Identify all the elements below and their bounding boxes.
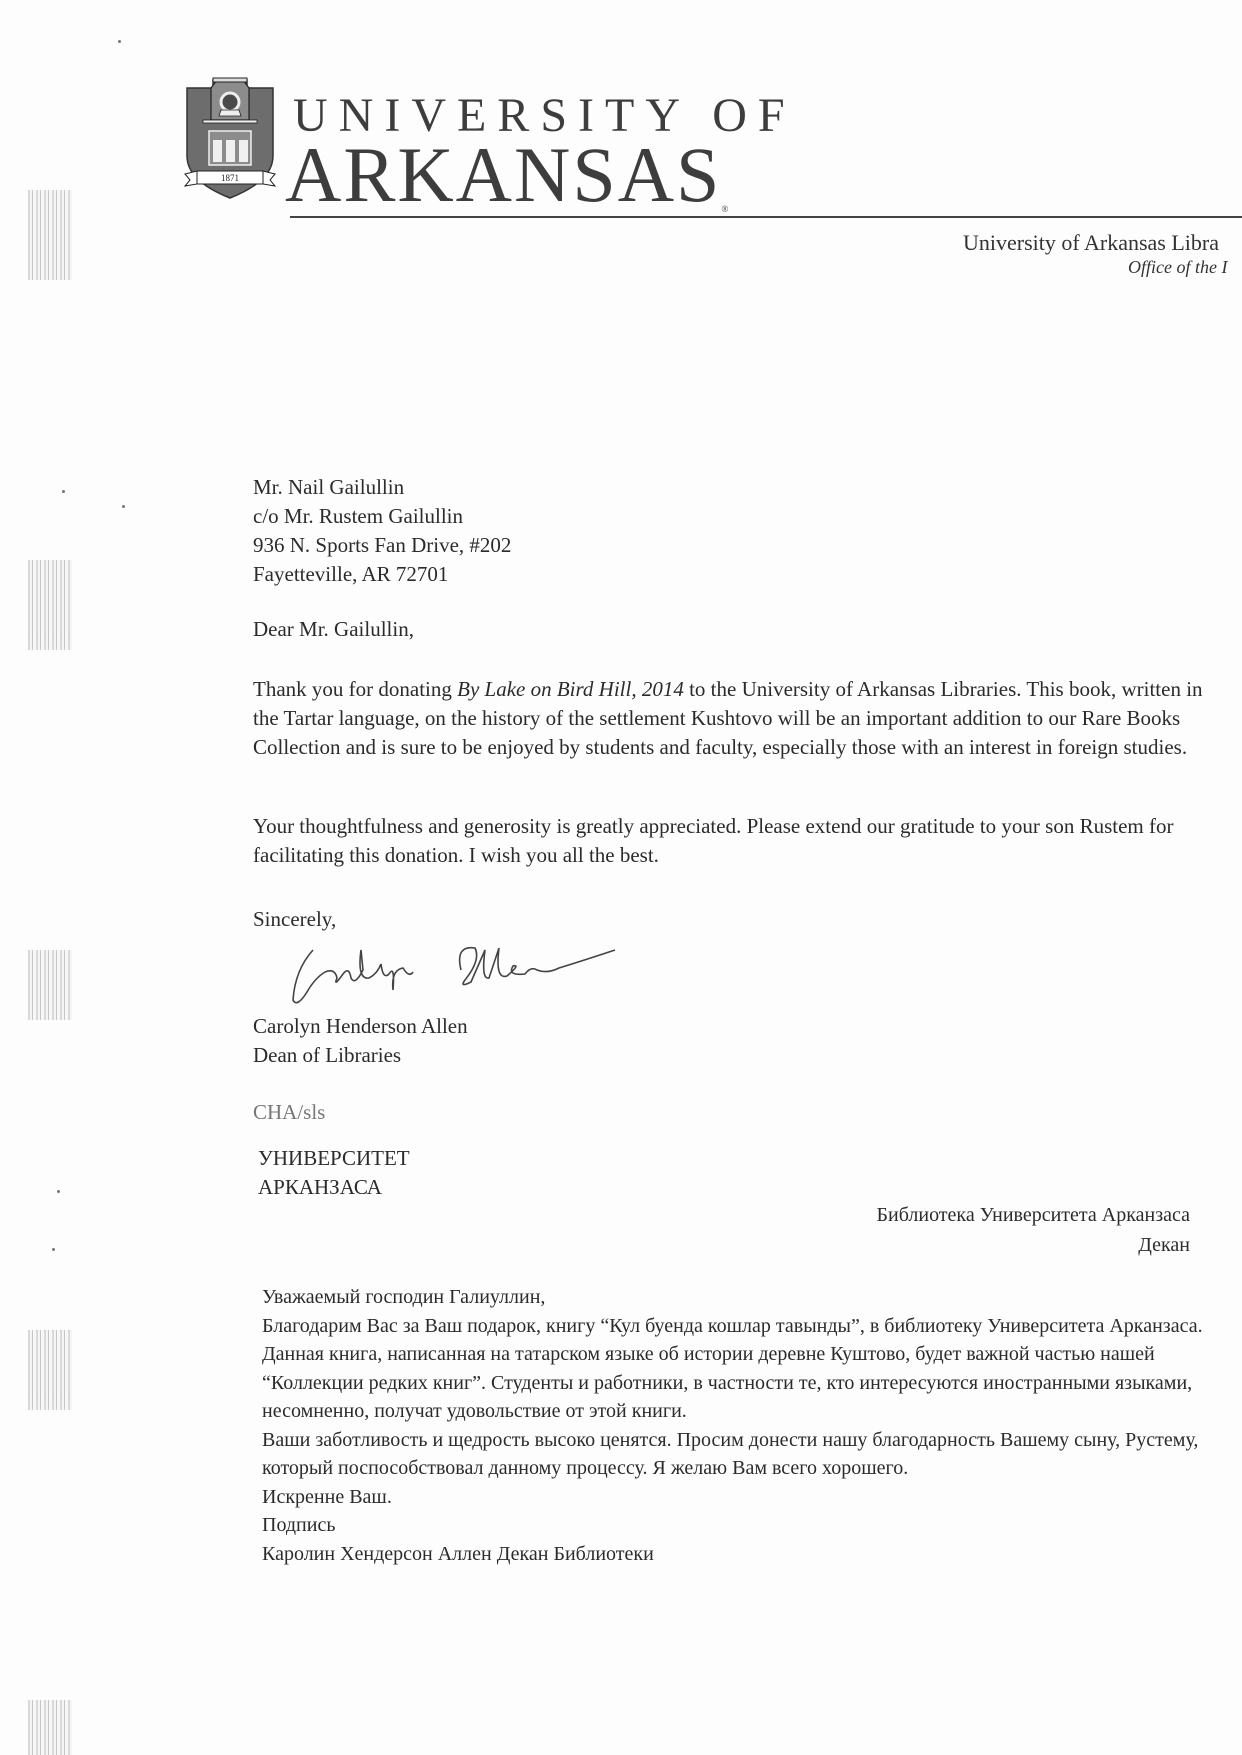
- letterhead-divider: [290, 216, 1242, 218]
- letterhead-arkansas-text: ARKANSAS: [285, 131, 721, 218]
- recipient-line: c/o Mr. Rustem Gailullin: [253, 502, 511, 531]
- scan-artifact: [28, 950, 72, 1020]
- recipient-address: Mr. Nail Gailullin c/o Mr. Rustem Gailul…: [253, 473, 511, 589]
- signer-title: Dean of Libraries: [253, 1041, 468, 1070]
- recipient-line: 936 N. Sports Fan Drive, #202: [253, 531, 511, 560]
- scan-artifact: [28, 190, 72, 280]
- recipient-line: Mr. Nail Gailullin: [253, 473, 511, 502]
- letterhead-arkansas: ARKANSAS®: [285, 136, 728, 214]
- scan-speck: [52, 1248, 55, 1251]
- translation-header: УНИВЕРСИТЕТ АРКАНЗАСА: [258, 1144, 410, 1202]
- body-paragraph-1: Thank you for donating By Lake on Bird H…: [253, 675, 1203, 762]
- translation-salutation: Уважаемый господин Галиуллин,: [262, 1283, 1227, 1312]
- signer-name: Carolyn Henderson Allen: [253, 1012, 468, 1041]
- translation-paragraph-2: Ваши заботливость и щедрость высоко ценя…: [262, 1426, 1227, 1483]
- translation-paragraph-1: Благодарим Вас за Ваш подарок, книгу “Ку…: [262, 1312, 1227, 1426]
- body-paragraph-2: Your thoughtfulness and generosity is gr…: [253, 812, 1203, 870]
- scan-artifact: [28, 1700, 72, 1755]
- translation-office: Библиотека Университета Арканзаса Декан: [877, 1200, 1190, 1260]
- scan-speck: [118, 40, 121, 43]
- translation-body: Уважаемый господин Галиуллин, Благодарим…: [262, 1283, 1227, 1568]
- translation-signer: Каролин Хендерсон Аллен Декан Библиотеки: [262, 1540, 1227, 1569]
- university-crest-logo: 1871: [183, 76, 277, 202]
- para1-prefix: Thank you for donating: [253, 677, 457, 701]
- scan-artifact: [28, 1330, 72, 1410]
- scan-artifact: [28, 560, 72, 650]
- crest-year: 1871: [221, 173, 239, 183]
- translation-office-line: Библиотека Университета Арканзаса: [877, 1200, 1190, 1230]
- translation-office-line: Декан: [877, 1230, 1190, 1260]
- translation-header-line: УНИВЕРСИТЕТ: [258, 1144, 410, 1173]
- scan-speck: [57, 1190, 60, 1193]
- translation-signature-label: Подпись: [262, 1511, 1227, 1540]
- signature-block: Carolyn Henderson Allen Dean of Librarie…: [253, 1012, 468, 1070]
- office-name: University of Arkansas Libra: [963, 230, 1219, 256]
- signature: [285, 930, 630, 1010]
- salutation: Dear Mr. Gailullin,: [253, 615, 414, 644]
- scan-speck: [122, 505, 125, 508]
- office-subtitle: Office of the I: [1128, 257, 1227, 278]
- trademark-symbol: ®: [721, 204, 728, 214]
- scan-speck: [62, 490, 65, 493]
- reference-initials: CHA/sls: [253, 1098, 325, 1127]
- translation-header-line: АРКАНЗАСА: [258, 1173, 410, 1202]
- translation-closing: Искренне Ваш.: [262, 1483, 1227, 1512]
- recipient-line: Fayetteville, AR 72701: [253, 560, 511, 589]
- book-title: By Lake on Bird Hill, 2014: [457, 677, 684, 701]
